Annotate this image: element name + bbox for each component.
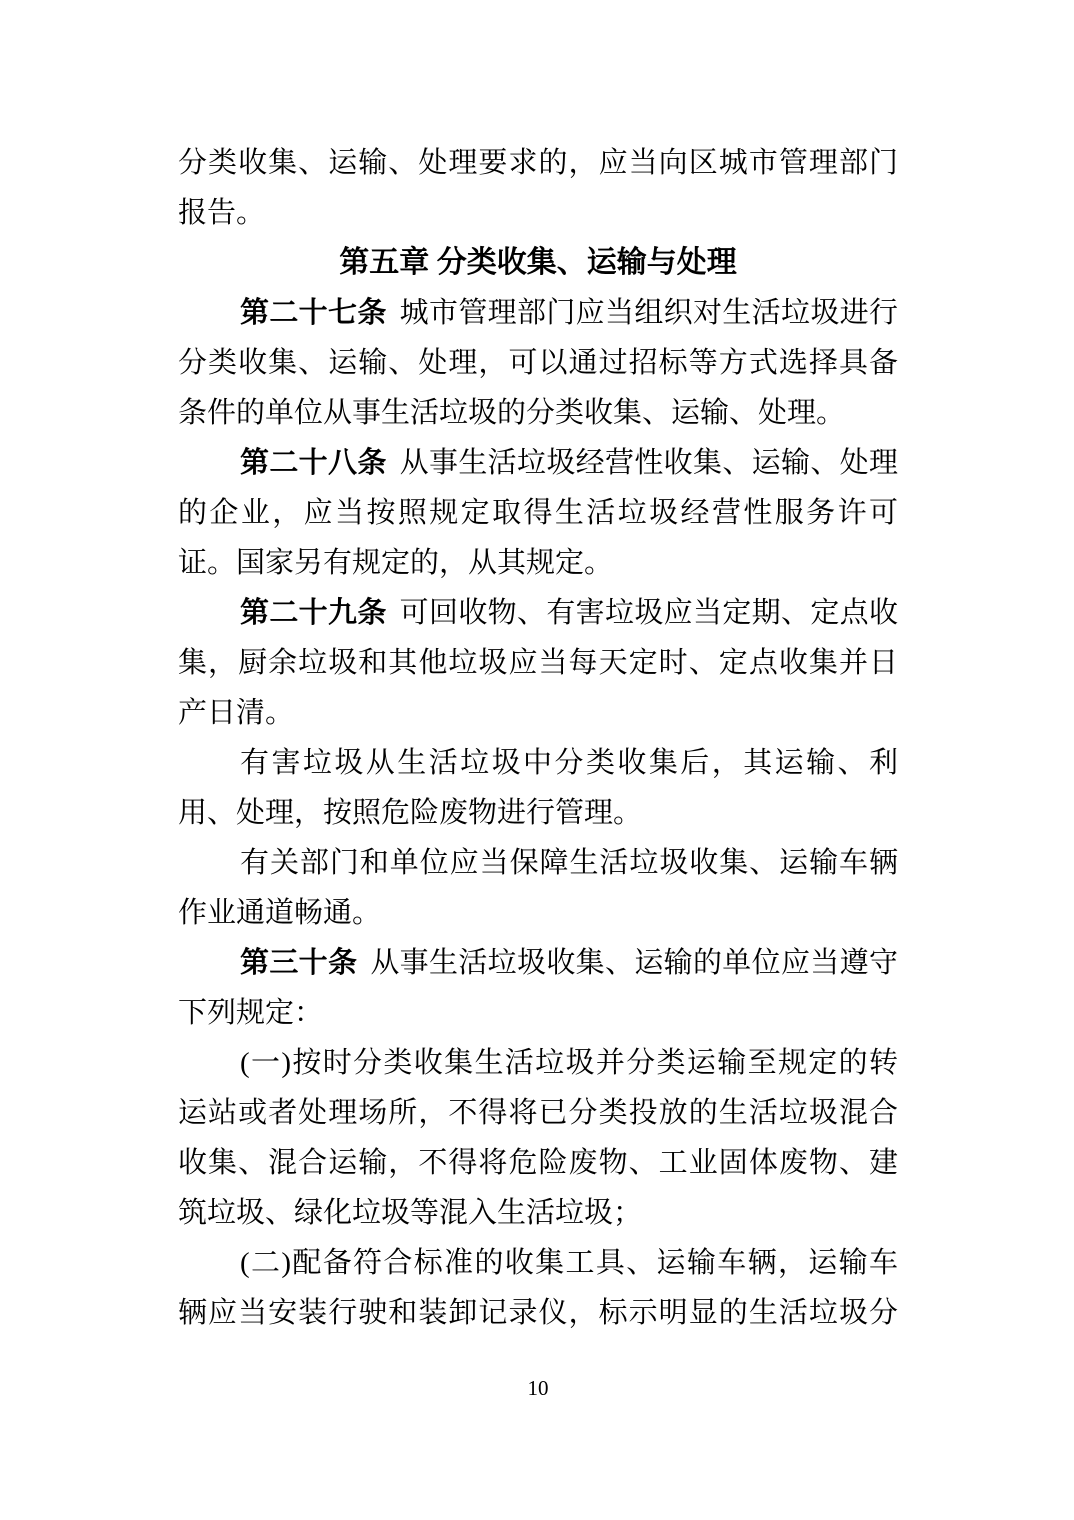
chapter-heading-text: 第五章 分类收集、运输与处理 — [339, 246, 737, 279]
line-text: 有害垃圾从生活垃圾中分类收集后，其运输、利 — [240, 747, 898, 779]
text-line: 集，厨余垃圾和其他垃圾应当每天定时、定点收集并日 — [178, 638, 898, 688]
line-text: (二)配备符合标准的收集工具、运输车辆，运输车 — [240, 1247, 898, 1279]
text-line: 第二十八条从事生活垃圾经营性收集、运输、处理 — [178, 438, 898, 488]
line-text: 集，厨余垃圾和其他垃圾应当每天定时、定点收集并日 — [178, 647, 898, 679]
article-number: 第三十条 — [240, 947, 357, 979]
line-text: 收集、混合运输，不得将危险废物、工业固体废物、建 — [178, 1147, 898, 1179]
text-line: (二)配备符合标准的收集工具、运输车辆，运输车 — [178, 1238, 898, 1288]
line-text: 证。国家另有规定的，从其规定。 — [178, 547, 613, 579]
text-line: 有害垃圾从生活垃圾中分类收集后，其运输、利 — [178, 738, 898, 788]
paragraph-end-line: 报告。 — [178, 188, 898, 238]
line-text: 产日清。 — [178, 697, 294, 729]
line-text: 筑垃圾、绿化垃圾等混入生活垃圾； — [178, 1197, 642, 1229]
article-number: 第二十八条 — [240, 447, 387, 479]
paragraph-end-line: 下列规定： — [178, 988, 898, 1038]
line-text: 作业通道畅通。 — [178, 897, 381, 929]
text-line: 运站或者处理场所，不得将已分类投放的生活垃圾混合 — [178, 1088, 898, 1138]
text-line: 收集、混合运输，不得将危险废物、工业固体废物、建 — [178, 1138, 898, 1188]
line-text: 有关部门和单位应当保障生活垃圾收集、运输车辆 — [240, 847, 898, 879]
text-line: 的企业，应当按照规定取得生活垃圾经营性服务许可 — [178, 488, 898, 538]
line-text: 运站或者处理场所，不得将已分类投放的生活垃圾混合 — [178, 1097, 898, 1129]
text-line: 有关部门和单位应当保障生活垃圾收集、运输车辆 — [178, 838, 898, 888]
line-text: 条件的单位从事生活垃圾的分类收集、运输、处理。 — [178, 397, 845, 429]
paragraph-end-line: 产日清。 — [178, 688, 898, 738]
paragraph-end-line: 用、处理，按照危险废物进行管理。 — [178, 788, 898, 838]
chapter-heading: 第五章 分类收集、运输与处理 — [178, 238, 898, 288]
article-number: 第二十九条 — [240, 597, 387, 629]
line-text: 从事生活垃圾经营性收集、运输、处理 — [400, 447, 898, 479]
line-text: 下列规定： — [178, 997, 323, 1029]
paragraph-end-line: 作业通道畅通。 — [178, 888, 898, 938]
paragraph-end-line: 条件的单位从事生活垃圾的分类收集、运输、处理。 — [178, 388, 898, 438]
text-line: 第二十七条城市管理部门应当组织对生活垃圾进行 — [178, 288, 898, 338]
line-text: 从事生活垃圾收集、运输的单位应当遵守 — [370, 947, 898, 979]
line-text: 用、处理，按照危险废物进行管理。 — [178, 797, 642, 829]
line-text: 可回收物、有害垃圾应当定期、定点收 — [400, 597, 898, 629]
line-text: 辆应当安装行驶和装卸记录仪，标示明显的生活垃圾分 — [178, 1297, 898, 1329]
text-line: (一)按时分类收集生活垃圾并分类运输至规定的转 — [178, 1038, 898, 1088]
page-number: 10 — [178, 1363, 898, 1413]
text-line: 分类收集、运输、处理要求的，应当向区城市管理部门 — [178, 138, 898, 188]
paragraph-end-line: 筑垃圾、绿化垃圾等混入生活垃圾； — [178, 1188, 898, 1238]
article-number: 第二十七条 — [240, 297, 387, 329]
line-text: (一)按时分类收集生活垃圾并分类运输至规定的转 — [240, 1047, 898, 1079]
line-text: 城市管理部门应当组织对生活垃圾进行 — [400, 297, 898, 329]
text-line: 第三十条从事生活垃圾收集、运输的单位应当遵守 — [178, 938, 898, 988]
text-line: 第二十九条可回收物、有害垃圾应当定期、定点收 — [178, 588, 898, 638]
line-text: 的企业，应当按照规定取得生活垃圾经营性服务许可 — [178, 497, 898, 529]
line-text: 分类收集、运输、处理，可以通过招标等方式选择具备 — [178, 347, 898, 379]
line-text: 报告。 — [178, 197, 265, 229]
line-text: 分类收集、运输、处理要求的，应当向区城市管理部门 — [178, 147, 898, 179]
text-line: 辆应当安装行驶和装卸记录仪，标示明显的生活垃圾分 — [178, 1288, 898, 1338]
text-line: 分类收集、运输、处理，可以通过招标等方式选择具备 — [178, 338, 898, 388]
paragraph-end-line: 证。国家另有规定的，从其规定。 — [178, 538, 898, 588]
document-body: 分类收集、运输、处理要求的，应当向区城市管理部门 报告。 第五章 分类收集、运输… — [178, 138, 898, 1338]
